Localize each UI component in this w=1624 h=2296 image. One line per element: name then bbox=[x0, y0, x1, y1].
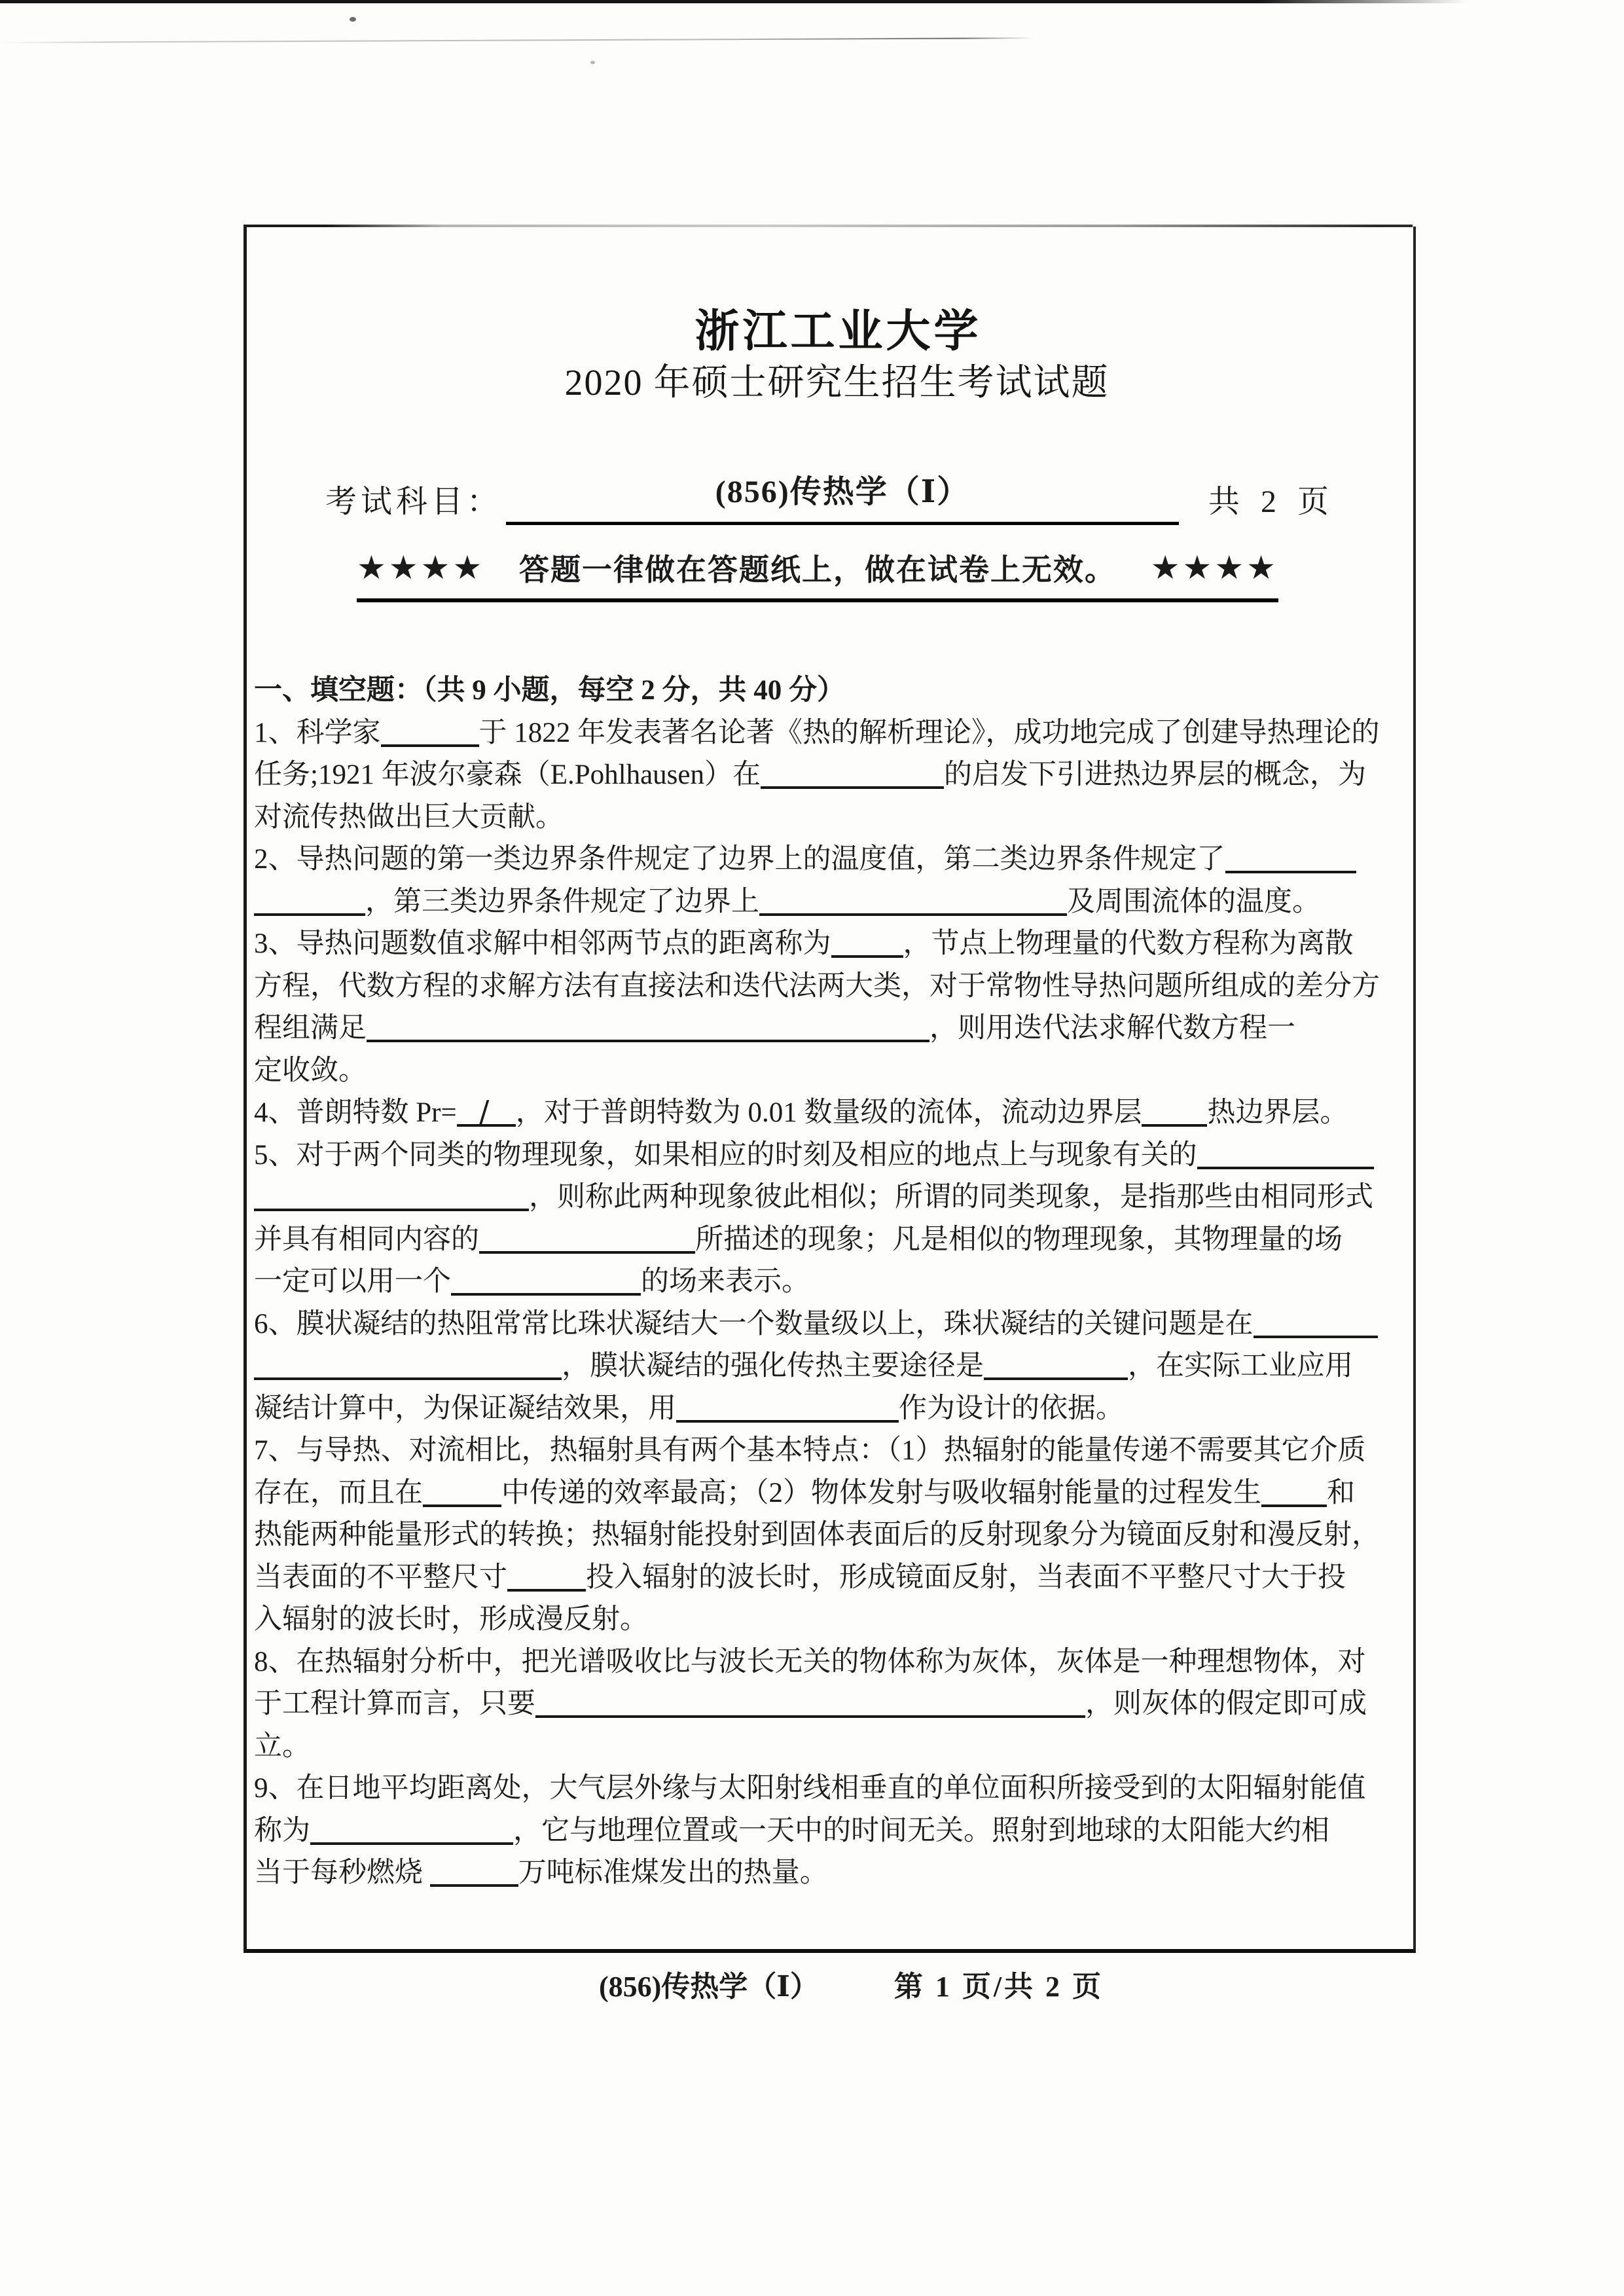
exam-line: 5、对于两个同类的物理现象，如果相应的时刻及相应的地点上与现象有关的 bbox=[254, 1135, 1399, 1177]
exam-text: 定收敛。 bbox=[254, 1055, 367, 1086]
fill-in-blank bbox=[1225, 864, 1356, 873]
exam-text: 入辐射的波长时，形成漫反射。 bbox=[254, 1604, 648, 1635]
exam-line: 6、膜状凝结的热阻常常比珠状凝结大一个数量级以上，珠状凝结的关键问题是在 bbox=[254, 1303, 1399, 1346]
exam-line: 并具有相同内容的所描述的现象；凡是相似的物理现象，其物理量的场 bbox=[254, 1219, 1399, 1262]
exam-line: 热能两种能量形式的转换；热辐射能投射到固体表面后的反射现象分为镜面反射和漫反射， bbox=[254, 1514, 1399, 1557]
exam-text: 对流传热做出巨大贡献。 bbox=[254, 802, 564, 833]
exam-session-title: 2020 年硕士研究生招生考试试题 bbox=[25, 354, 1624, 406]
fill-in-blank bbox=[535, 1709, 1085, 1718]
scanned-exam-page: 浙江工业大学 2020 年硕士研究生招生考试试题 考试科目： (856)传热学（… bbox=[0, 0, 1624, 2296]
exam-line: 立。 bbox=[254, 1726, 1399, 1768]
stars-left-icon: ★★★★ bbox=[357, 549, 484, 587]
exam-text: 万吨标准煤发出的热量。 bbox=[518, 1857, 828, 1888]
fill-in-blank bbox=[831, 949, 903, 958]
exam-text: 8、在热辐射分析中，把光谱吸收比与波长无关的物体称为灰体，灰体是一种理想物体，对 bbox=[254, 1647, 1366, 1677]
exam-line: ，第三类边界条件规定了边界上及周围流体的温度。 bbox=[254, 881, 1399, 924]
exam-text: ，则称此两种现象彼此相似；所谓的同类现象，是指那些由相同形式 bbox=[529, 1182, 1373, 1212]
scan-edge-artifact bbox=[0, 0, 1466, 3]
exam-line: 3、导热问题数值求解中相邻两节点的距离称为，节点上物理量的代数方程称为离散 bbox=[254, 923, 1399, 966]
fill-in-blank bbox=[254, 1371, 562, 1380]
fill-in-blank bbox=[676, 1413, 899, 1423]
page-footer: (856)传热学（Ⅰ） 第 1 页/共 2 页 bbox=[39, 1963, 1624, 2005]
exam-line: ，膜状凝结的强化传热主要途径是，在实际工业应用 bbox=[254, 1345, 1399, 1388]
exam-text: ，它与地理位置或一天中的时间无关。照射到地球的太阳能大约相 bbox=[513, 1815, 1329, 1846]
exam-body-lines: 1、科学家于 1822 年发表著名论著《热的解析理论》，成功地完成了创建导热理论… bbox=[254, 712, 1399, 1895]
subject-label: 考试科目： bbox=[325, 476, 502, 521]
exam-text: ，节点上物理量的代数方程称为离散 bbox=[903, 928, 1354, 959]
exam-text: 凝结计算中，为保证凝结效果，用 bbox=[254, 1393, 676, 1424]
exam-line: 7、与导热、对流相比，热辐射具有两个基本特点：（1）热辐射的能量传递不需要其它介… bbox=[254, 1430, 1399, 1472]
exam-line: 一定可以用一个的场来表示。 bbox=[254, 1261, 1399, 1303]
fill-in-blank bbox=[1142, 1118, 1207, 1127]
fill-in-blank bbox=[451, 1286, 641, 1296]
exam-text: 2、导热问题的第一类边界条件规定了边界上的温度值，第二类边界条件规定了 bbox=[254, 844, 1225, 875]
exam-line: ，则称此两种现象彼此相似；所谓的同类现象，是指那些由相同形式 bbox=[254, 1176, 1399, 1219]
exam-text: 一定可以用一个 bbox=[254, 1266, 451, 1297]
university-title: 浙江工业大学 bbox=[26, 296, 1624, 359]
exam-line: 程组满足，则用迭代法求解代数方程一 bbox=[254, 1008, 1399, 1050]
exam-text: 立。 bbox=[254, 1731, 310, 1762]
exam-text: 9、在日地平均距离处，大气层外缘与太阳射线相垂直的单位面积所接受到的太阳辐射能值 bbox=[254, 1773, 1366, 1804]
exam-text: ，则用迭代法求解代数方程一 bbox=[929, 1013, 1295, 1044]
fill-in-blank bbox=[1197, 1160, 1374, 1169]
answer-notice-text: 答题一律做在答题纸上，做在试卷上无效。 bbox=[519, 546, 1116, 589]
fill-in-blank bbox=[759, 907, 1067, 916]
answer-notice-row: ★★★★ 答题一律做在答题纸上，做在试卷上无效。 ★★★★ bbox=[357, 546, 1278, 602]
fill-in-blank bbox=[430, 1878, 518, 1887]
exam-text: 投入辐射的波长时，形成镜面反射，当表面不平整尺寸大于投 bbox=[586, 1562, 1346, 1593]
exam-text: 所描述的现象；凡是相似的物理现象，其物理量的场 bbox=[695, 1224, 1343, 1255]
exam-text: 热边界层。 bbox=[1207, 1097, 1348, 1128]
fill-in-blank bbox=[310, 1836, 513, 1845]
exam-line: 任务;1921 年波尔豪森（E.Pohlhausen）在的启发下引进热边界层的概… bbox=[254, 754, 1399, 797]
page-border-frame-top bbox=[244, 225, 1413, 227]
page-count-note: 共 2 页 bbox=[1208, 476, 1335, 521]
exam-text: 4、普朗特数 Pr= bbox=[254, 1097, 457, 1128]
scan-speck bbox=[350, 17, 356, 22]
exam-line: 于工程计算而言，只要，则灰体的假定即可成 bbox=[254, 1683, 1399, 1726]
subject-name-underlined: (856)传热学（Ⅰ） bbox=[506, 466, 1179, 525]
exam-text: 并具有相同内容的 bbox=[254, 1224, 479, 1255]
exam-text: 中传递的效率最高；（2）物体发射与吸收辐射能量的过程发生 bbox=[501, 1478, 1261, 1508]
exam-line: 凝结计算中，为保证凝结效果，用作为设计的依据。 bbox=[254, 1388, 1399, 1430]
exam-line: 方程，代数方程的求解方法有直接法和迭代法两大类，对于常物性导热问题所组成的差分方 bbox=[254, 966, 1399, 1008]
exam-line: 9、在日地平均距离处，大气层外缘与太阳射线相垂直的单位面积所接受到的太阳辐射能值 bbox=[254, 1768, 1399, 1810]
exam-line: 称为，它与地理位置或一天中的时间无关。照射到地球的太阳能大约相 bbox=[254, 1810, 1399, 1853]
section-header: 一、填空题：（共 9 小题，每空 2 分，共 40 分） bbox=[254, 670, 1399, 712]
exam-text: 的场来表示。 bbox=[641, 1266, 810, 1297]
fill-in-blank bbox=[254, 1202, 529, 1211]
fill-in-blank bbox=[761, 780, 944, 789]
exam-text: 6、膜状凝结的热阻常常比珠状凝结大一个数量级以上，珠状凝结的关键问题是在 bbox=[254, 1309, 1254, 1339]
scan-line-artifact bbox=[0, 37, 1034, 43]
exam-text: ，则灰体的假定即可成 bbox=[1085, 1688, 1367, 1719]
exam-line: 当表面的不平整尺寸投入辐射的波长时，形成镜面反射，当表面不平整尺寸大于投 bbox=[254, 1557, 1399, 1599]
exam-text: 任务;1921 年波尔豪森（E.Pohlhausen）在 bbox=[254, 759, 761, 790]
exam-line: 8、在热辐射分析中，把光谱吸收比与波长无关的物体称为灰体，灰体是一种理想物体，对 bbox=[254, 1641, 1399, 1684]
exam-body: 一、填空题：（共 9 小题，每空 2 分，共 40 分） 1、科学家于 1822… bbox=[254, 670, 1399, 1895]
exam-text: 及周围流体的温度。 bbox=[1067, 886, 1320, 917]
fill-in-blank: / bbox=[457, 1118, 516, 1127]
fill-in-blank bbox=[423, 1498, 501, 1507]
footer-page-indicator: 第 1 页/共 2 页 bbox=[894, 1963, 1104, 2005]
exam-text: 3、导热问题数值求解中相邻两节点的距离称为 bbox=[254, 928, 831, 959]
fill-in-blank bbox=[254, 907, 365, 916]
stars-right-icon: ★★★★ bbox=[1151, 549, 1278, 587]
fill-in-blank bbox=[1261, 1498, 1327, 1507]
exam-line: 当于每秒燃烧 万吨标准煤发出的热量。 bbox=[254, 1852, 1399, 1895]
fill-in-blank bbox=[1254, 1329, 1378, 1338]
exam-text: 称为 bbox=[254, 1815, 310, 1846]
exam-text: 1、科学家 bbox=[254, 718, 381, 748]
exam-text: 存在，而且在 bbox=[254, 1478, 423, 1508]
scan-speck bbox=[590, 61, 595, 64]
exam-text: 方程，代数方程的求解方法有直接法和迭代法两大类，对于常物性导热问题所组成的差分方 bbox=[254, 971, 1380, 1002]
exam-line: 1、科学家于 1822 年发表著名论著《热的解析理论》，成功地完成了创建导热理论… bbox=[254, 712, 1399, 755]
exam-text: 5、对于两个同类的物理现象，如果相应的时刻及相应的地点上与现象有关的 bbox=[254, 1140, 1197, 1171]
fill-in-blank bbox=[381, 738, 479, 747]
exam-text: 的启发下引进热边界层的概念，为 bbox=[944, 759, 1366, 790]
exam-text: 7、与导热、对流相比，热辐射具有两个基本特点：（1）热辐射的能量传递不需要其它介… bbox=[254, 1435, 1366, 1466]
exam-text: 作为设计的依据。 bbox=[899, 1393, 1124, 1424]
exam-text: ，膜状凝结的强化传热主要途径是 bbox=[562, 1351, 984, 1381]
fill-in-blank bbox=[479, 1245, 695, 1254]
footer-subject: (856)传热学（Ⅰ） bbox=[599, 1963, 819, 2005]
handwritten-slash: / bbox=[479, 1097, 490, 1127]
fill-in-blank bbox=[507, 1582, 586, 1592]
exam-text: 当于每秒燃烧 bbox=[254, 1857, 430, 1888]
exam-line: 入辐射的波长时，形成漫反射。 bbox=[254, 1599, 1399, 1641]
exam-text: ，对于普朗特数为 0.01 数量级的流体，流动边界层 bbox=[516, 1097, 1142, 1128]
exam-line: 对流传热做出巨大贡献。 bbox=[254, 797, 1399, 839]
exam-text: 程组满足 bbox=[254, 1013, 367, 1044]
exam-text: 于工程计算而言，只要 bbox=[254, 1688, 535, 1719]
exam-text: 和 bbox=[1327, 1478, 1355, 1508]
exam-line: 4、普朗特数 Pr=/，对于普朗特数为 0.01 数量级的流体，流动边界层热边界… bbox=[254, 1092, 1399, 1135]
exam-text: ，在实际工业应用 bbox=[1128, 1351, 1353, 1381]
exam-line: 2、导热问题的第一类边界条件规定了边界上的温度值，第二类边界条件规定了 bbox=[254, 839, 1399, 881]
exam-text: 当表面的不平整尺寸 bbox=[254, 1562, 507, 1593]
fill-in-blank bbox=[367, 1033, 929, 1042]
exam-line: 存在，而且在中传递的效率最高；（2）物体发射与吸收辐射能量的过程发生和 bbox=[254, 1472, 1399, 1515]
exam-line: 定收敛。 bbox=[254, 1050, 1399, 1093]
exam-text: 热能两种能量形式的转换；热辐射能投射到固体表面后的反射现象分为镜面反射和漫反射， bbox=[254, 1520, 1380, 1550]
exam-text: 于 1822 年发表著名论著《热的解析理论》，成功地完成了创建导热理论的 bbox=[479, 718, 1380, 748]
exam-text: ，第三类边界条件规定了边界上 bbox=[365, 886, 759, 917]
fill-in-blank bbox=[984, 1371, 1128, 1380]
